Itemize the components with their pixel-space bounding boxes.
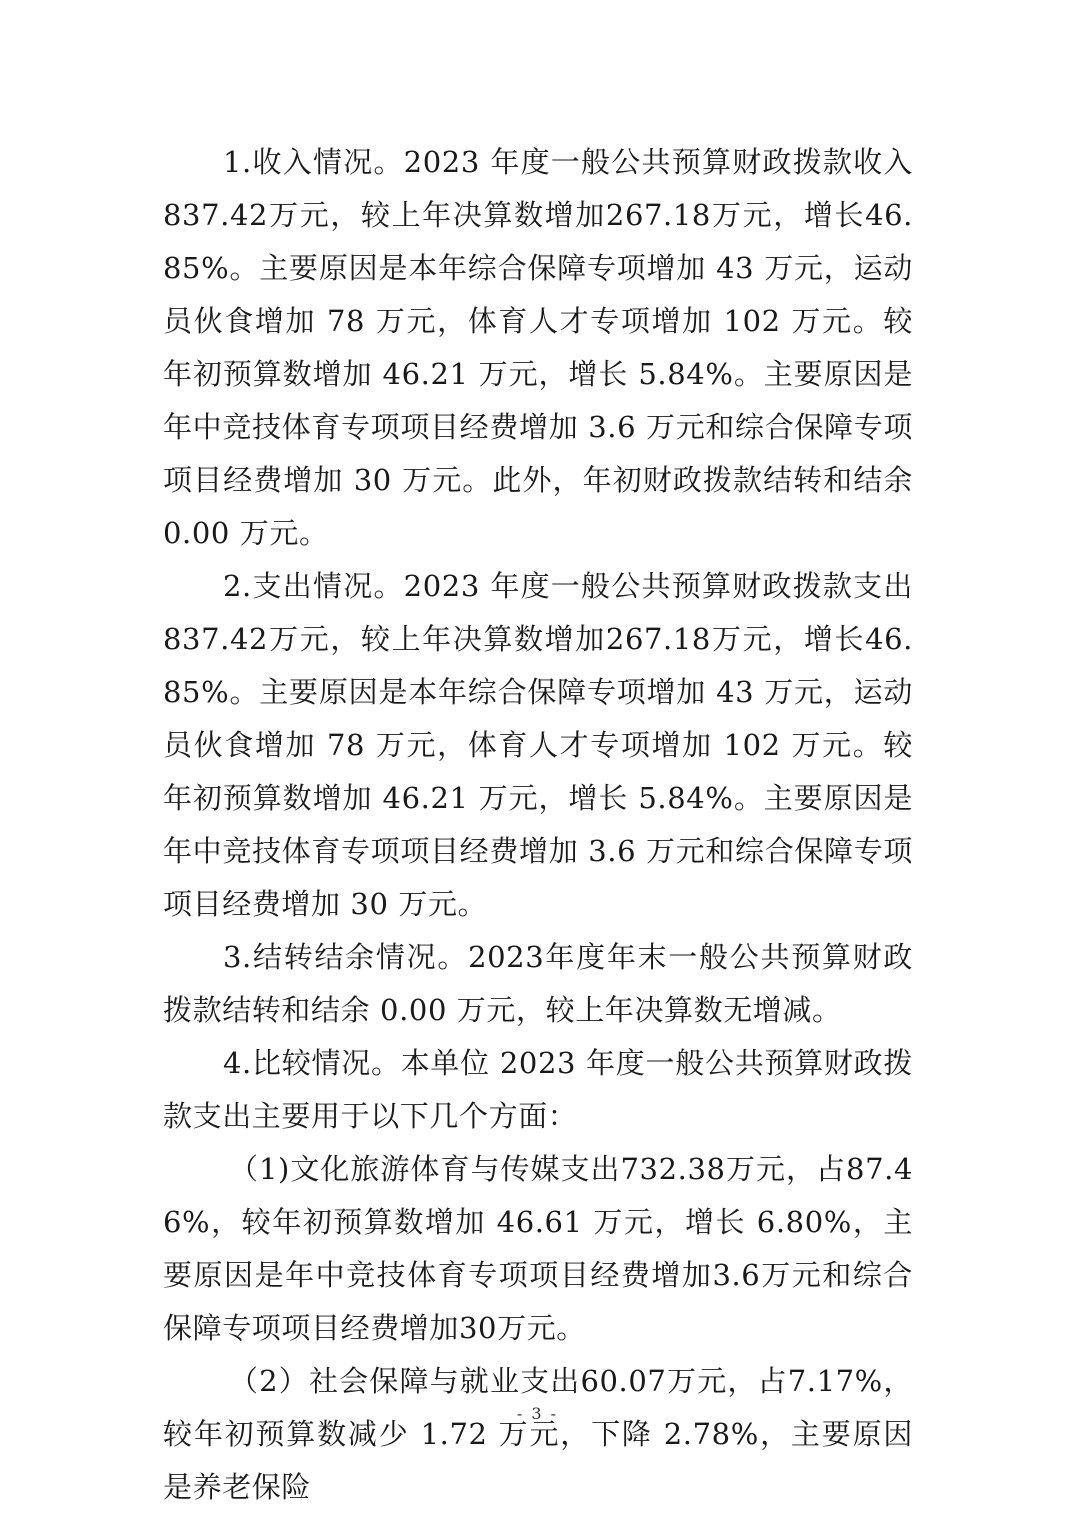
document-body: 1.收入情况。2023 年度一般公共预算财政拨款收入837.42万元，较上年决算… bbox=[163, 136, 913, 1514]
paragraph-income: 1.收入情况。2023 年度一般公共预算财政拨款收入837.42万元，较上年决算… bbox=[163, 136, 913, 560]
paragraph-item-1: （1)文化旅游体育与传媒支出732.38万元，占87.46%，较年初预算数增加 … bbox=[163, 1143, 913, 1355]
paragraph-carryover: 3.结转结余情况。2023年度年末一般公共预算财政拨款结转和结余 0.00 万元… bbox=[163, 931, 913, 1037]
paragraph-item-2: （2）社会保障与就业支出60.07万元，占7.17%，较年初预算数减少 1.72… bbox=[163, 1355, 913, 1514]
page-number: - 3 - bbox=[0, 1404, 1075, 1423]
paragraph-comparison: 4.比较情况。本单位 2023 年度一般公共预算财政拨款支出主要用于以下几个方面… bbox=[163, 1037, 913, 1143]
paragraph-expenditure: 2.支出情况。2023 年度一般公共预算财政拨款支出837.42万元，较上年决算… bbox=[163, 560, 913, 931]
